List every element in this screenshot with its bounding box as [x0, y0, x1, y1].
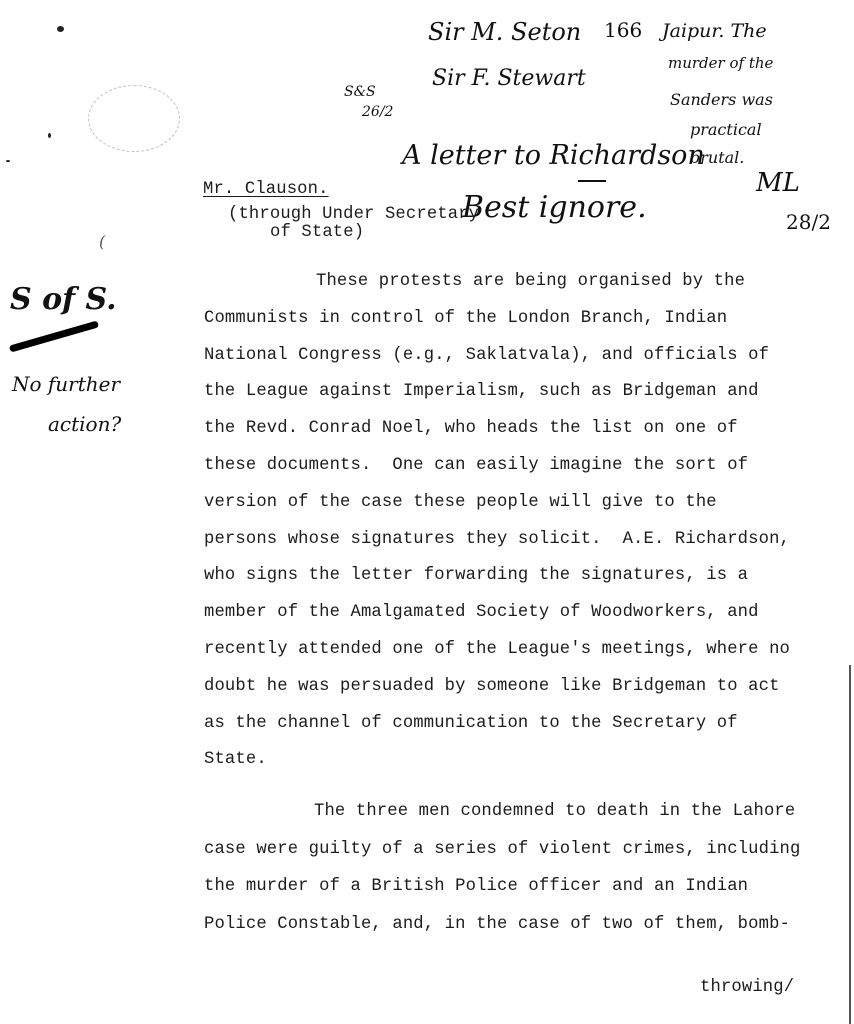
text-line: the League against Imperialism, such as …: [204, 382, 759, 401]
handwritten-dash: [578, 180, 606, 182]
text-line: Police Constable, and, in the case of tw…: [204, 915, 790, 934]
text-line: version of the case these people will gi…: [204, 493, 717, 512]
handwritten-ref-note-line: practical: [690, 120, 762, 139]
handwritten-file-ref-bottom: 26/2: [362, 104, 393, 120]
scan-mark: (: [99, 232, 105, 251]
scan-speck: [6, 160, 10, 162]
text-line: the Revd. Conrad Noel, who heads the lis…: [204, 419, 738, 438]
margin-question-line-2: action?: [48, 412, 121, 436]
margin-initials: S of S.: [10, 282, 117, 317]
margin-underline-stroke: [9, 320, 99, 352]
text-line: recently attended one of the League's me…: [204, 640, 790, 659]
handwritten-ref-note-line: murder of the: [668, 54, 773, 72]
text-line: State.: [204, 750, 267, 769]
handwritten-reply-note: Best ignore.: [462, 190, 647, 225]
text-line: member of the Amalgamated Society of Woo…: [204, 603, 759, 622]
addressee: Mr. Clauson.: [203, 180, 329, 199]
text-line: these documents. One can easily imagine …: [204, 456, 748, 475]
handwritten-date: 28/2: [786, 210, 831, 234]
text-line: as the channel of communication to the S…: [204, 714, 738, 733]
handwritten-ref-number: 166: [604, 18, 642, 42]
catchword: throwing/: [700, 978, 794, 997]
routing-line-1: (through Under Secretary: [228, 205, 479, 224]
text-line: Communists in control of the London Bran…: [204, 309, 727, 328]
page-edge-line: [849, 665, 851, 1024]
scan-speck: [48, 133, 51, 138]
text-line: case were guilty of a series of violent …: [204, 840, 800, 859]
text-line: These protests are being organised by th…: [316, 272, 745, 291]
text-line: who signs the letter forwarding the sign…: [204, 566, 748, 585]
handwritten-recipient-2: Sir F. Stewart: [432, 66, 586, 91]
handwritten-file-ref-top: S&S: [344, 84, 376, 100]
routing-line-2: of State): [270, 223, 364, 242]
handwritten-ref-note-line: Sanders was: [670, 90, 773, 109]
text-line: doubt he was persuaded by someone like B…: [204, 677, 780, 696]
handwritten-initials: ML: [756, 168, 800, 198]
document-page: ( Sir M. Seton Sir F. Stewart 166 Jaipur…: [0, 0, 854, 1024]
text-line: the murder of a British Police officer a…: [204, 877, 748, 896]
text-line: National Congress (e.g., Saklatvala), an…: [204, 346, 769, 365]
handwritten-recipient-1: Sir M. Seton: [428, 18, 581, 46]
scan-smudge: [88, 85, 180, 152]
text-line: persons whose signatures they solicit. A…: [204, 530, 790, 549]
handwritten-ref-note-line: Jaipur. The: [662, 20, 767, 42]
handwritten-letter-note: A letter to Richardson: [402, 140, 705, 171]
scan-speck: [57, 26, 64, 32]
margin-question-line-1: No further: [12, 372, 120, 396]
text-line: The three men condemned to death in the …: [314, 802, 795, 821]
